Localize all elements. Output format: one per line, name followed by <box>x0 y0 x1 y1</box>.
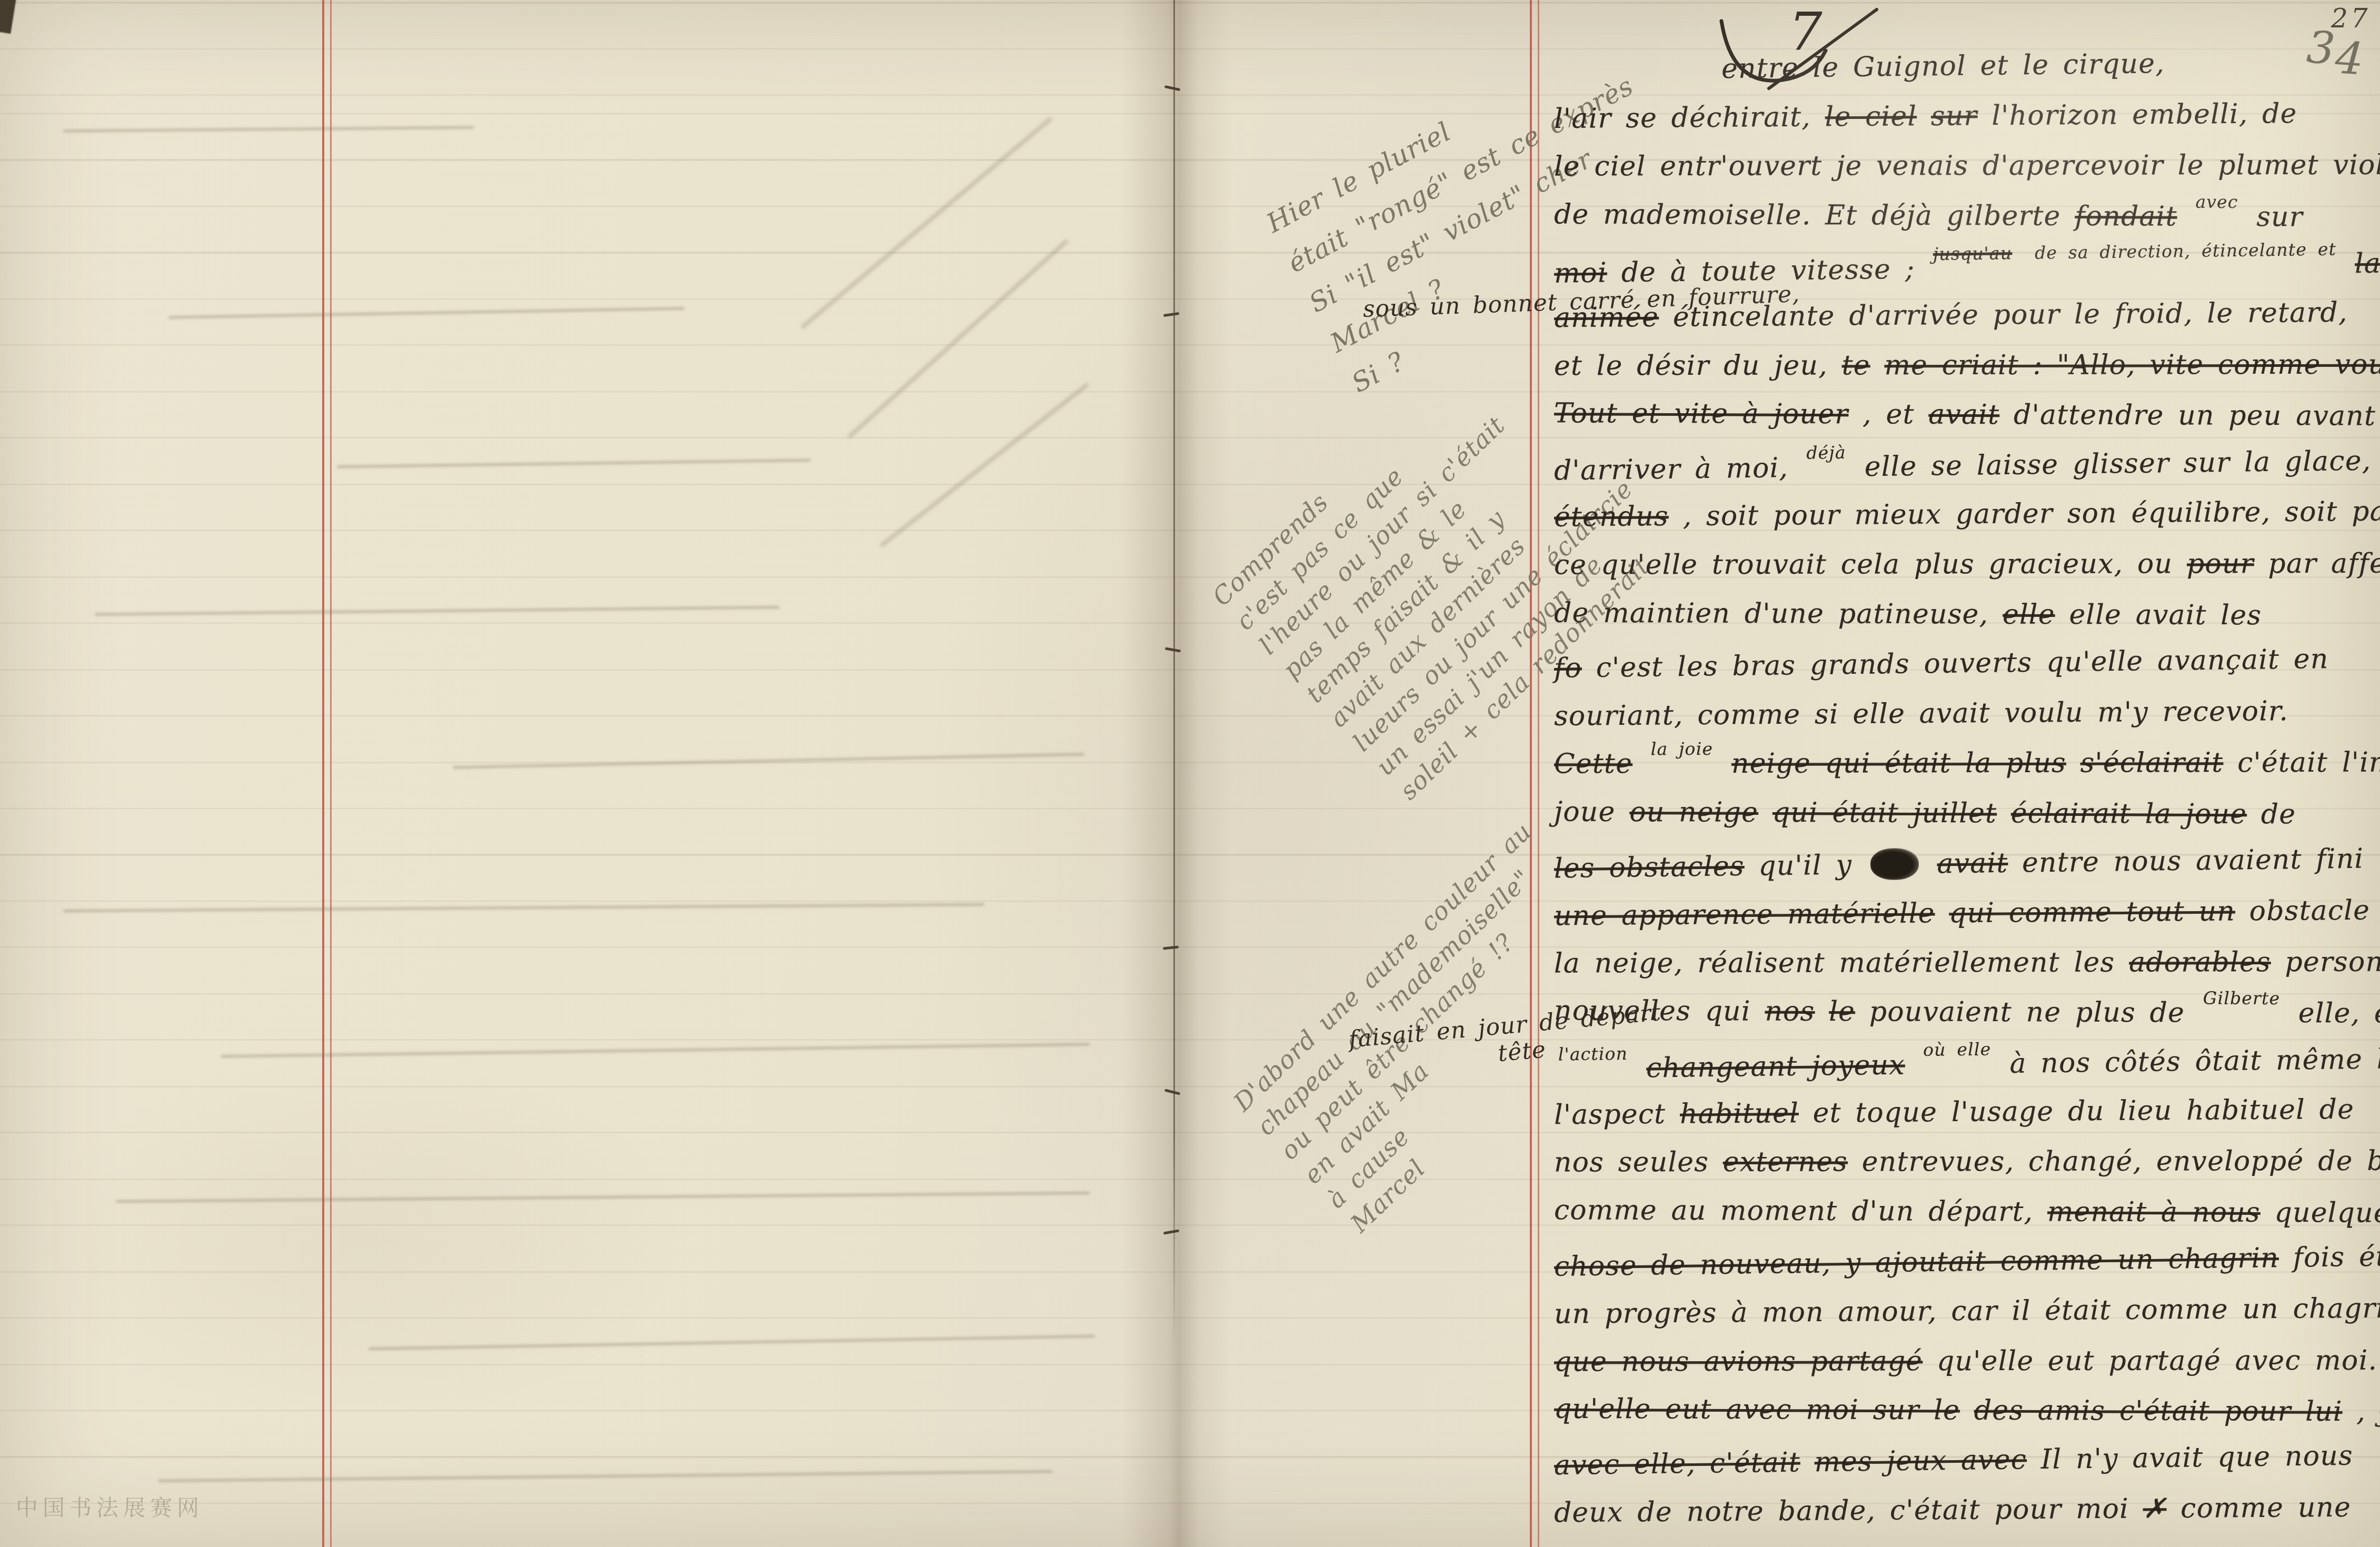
text-segment: Cette <box>1554 748 1632 780</box>
text-segment: où elle <box>1923 1039 1991 1061</box>
text-segment: ou neige <box>1629 796 1758 829</box>
manuscript-line: de maintien d'une patineuse, elle elle a… <box>1554 597 2262 631</box>
manuscript-line: le ciel entr'ouvert je venais d'apercevo… <box>1554 149 2380 183</box>
text-segment: de mademoiselle. Et déjà gilberte <box>1554 198 2075 232</box>
manuscript-line: Tout et vite à jouer , et avait d'attend… <box>1554 397 2376 432</box>
manuscript-line: entre le Guignol et le cirque, <box>1721 48 2165 85</box>
text-segment: et le désir du jeu, <box>1554 350 1842 382</box>
bleedthrough-mark <box>369 1335 1095 1350</box>
text-segment: de sa direction, étincelante et <box>2035 239 2336 263</box>
text-segment: fondait <box>2075 201 2177 233</box>
bleedthrough-smudge <box>880 383 1089 547</box>
text-segment: personnes <box>2285 946 2380 977</box>
text-segment: externes <box>1723 1146 1848 1178</box>
text-segment: que nous avions partagé <box>1554 1345 1923 1378</box>
text-segment: qu'elle eut avec moi sur le <box>1554 1393 1960 1426</box>
bleedthrough-mark <box>221 1043 1090 1057</box>
manuscript-line: que nous avions partagé qu'elle eut part… <box>1554 1344 2380 1378</box>
text-segment: qui comme tout un <box>1949 896 2235 930</box>
ink-blot <box>1870 848 1919 880</box>
text-segment: ✗ <box>2143 1493 2167 1525</box>
text-segment: elle <box>2003 598 2055 630</box>
text-segment: comme une <box>2180 1492 2351 1524</box>
text-segment: joue <box>1554 796 1629 828</box>
bleedthrough-mark <box>63 903 984 912</box>
text-segment: animée <box>1554 302 1659 334</box>
text-segment: s'éclairait <box>2080 747 2224 779</box>
manuscript-line: joue ou neige qui était juillet éclairai… <box>1554 796 2296 831</box>
text-segment: sur <box>2256 201 2303 233</box>
text-segment: avait <box>1928 399 1999 431</box>
manuscript-line: un progrès à mon amour, car il était com… <box>1554 1292 2380 1330</box>
manuscript-line: animée étincelante d'arrivée pour le fro… <box>1554 297 2348 334</box>
text-segment: éclairait la joue <box>2011 798 2247 831</box>
text-segment: l'aspect <box>1554 1098 1680 1131</box>
manuscript-line: nouvelles qui nos le pouvaient ne plus d… <box>1554 995 2380 1030</box>
text-segment: le <box>1829 996 1855 1027</box>
bleedthrough-mark <box>63 126 474 133</box>
text-segment: fois été faire <box>2293 1240 2380 1274</box>
text-segment: changeant joyeux <box>1646 1050 1905 1084</box>
text-segment: de maintien d'une patineuse, <box>1554 597 2003 630</box>
text-segment: elle se laisse glisser sur la glace, et <box>1864 444 2380 483</box>
text-segment: menait à nous <box>2047 1196 2260 1228</box>
text-segment: , <box>2356 1396 2380 1428</box>
text-segment: la neige animée <box>2355 245 2380 280</box>
text-segment: Gilberte <box>2203 988 2280 1009</box>
text-segment: comme au moment d'un départ, <box>1554 1194 2047 1227</box>
bleedthrough-smudge <box>848 239 1069 439</box>
text-segment: nos seules <box>1554 1146 1723 1179</box>
bleedthrough-mark <box>168 307 684 318</box>
text-segment: l'air se déchirait, <box>1554 101 1825 135</box>
text-segment <box>1919 1049 1919 1081</box>
bleedthrough-mark <box>95 606 779 616</box>
text-segment: entrevues, changé, enveloppé de bonheur <box>1862 1145 2380 1178</box>
text-segment: nouvelles qui <box>1554 995 1765 1027</box>
text-segment: elle, et <box>2298 998 2380 1030</box>
manuscript-line: Cette la joie neige qui était la plus s'… <box>1554 747 2380 780</box>
text-segment: et toque l'usage du lieu habituel de <box>1813 1093 2354 1129</box>
text-segment: sur <box>1931 100 1978 132</box>
manuscript-line: souriant, comme si elle avait voulu m'y … <box>1554 695 2288 732</box>
text-segment: l'action <box>1558 1043 1628 1065</box>
text-segment: avait <box>1937 847 2008 880</box>
bleedthrough-mark <box>453 753 1084 768</box>
text-segment: fo <box>1554 653 1582 685</box>
text-segment: mes jeux avec <box>1814 1444 2027 1478</box>
manuscript-line: et le désir du jeu, te me criait : "Allo… <box>1554 348 2380 382</box>
manuscript-line: étendus , soit pour mieux garder son équ… <box>1554 496 2380 533</box>
text-segment: te <box>1842 350 1870 381</box>
manuscript-line: une apparence matérielle qui comme tout … <box>1554 894 2380 932</box>
left-margin-rule-inner <box>330 0 332 1547</box>
text-segment: qu'elle eut partagé avec moi. <box>1937 1344 2380 1377</box>
text-segment: des amis c'était pour lui <box>1974 1395 2343 1428</box>
text-segment: quelque <box>2274 1197 2380 1229</box>
text-segment: nos <box>1765 996 1815 1027</box>
bleedthrough-smudge <box>800 117 1052 330</box>
text-segment: deux de notre bande, c'était pour moi <box>1554 1493 2143 1529</box>
text-segment: avec <box>2195 192 2238 212</box>
left-margin-rule-outer <box>322 0 324 1547</box>
manuscript-line: comme au moment d'un départ, menait à no… <box>1554 1194 2380 1229</box>
text-segment: , et <box>1863 399 1928 431</box>
text-segment: ce qu'elle trouvait cela plus gracieux, … <box>1554 548 2187 581</box>
text-segment: entre le Guignol et le cirque, <box>1721 48 2165 85</box>
text-segment: neige qui était la plus <box>1731 747 2066 780</box>
text-segment: la joie <box>1651 738 1713 759</box>
bleedthrough-mark <box>116 1192 1090 1203</box>
text-segment: c'était l'image <box>2237 747 2380 779</box>
manuscript-line: ce qu'elle trouvait cela plus gracieux, … <box>1554 547 2380 581</box>
manuscript-line: l'aspect habituel et toque l'usage du li… <box>1554 1093 2354 1131</box>
pencil-digit: 4 <box>2334 32 2366 85</box>
text-segment: adorables <box>2129 946 2271 978</box>
text-segment: d'arriver à moi, <box>1554 452 1803 487</box>
manuscript-line: nos seules externes entrevues, changé, e… <box>1554 1145 2380 1179</box>
text-segment: l'horizon embelli, de <box>1991 98 2297 132</box>
text-segment: de <box>2261 799 2296 830</box>
text-segment: me criait : "Allo, vite comme vous <box>1884 348 2380 381</box>
manuscript-line: de mademoiselle. Et déjà gilberte fondai… <box>1554 198 2303 233</box>
text-segment: pour <box>2187 548 2254 580</box>
left-page: 中国书法展赛网 <box>0 0 1153 1547</box>
text-segment: , soit pour mieux garder son équilibre, … <box>1682 496 2380 533</box>
text-segment: le ciel <box>1825 101 1917 133</box>
text-segment: d'attendre un peu avant <box>2014 400 2376 432</box>
text-segment: une apparence matérielle <box>1554 898 1935 932</box>
text-segment: déjà <box>1806 442 1846 463</box>
text-segment: qui était juillet <box>1772 797 1997 829</box>
text-segment: pouvaient ne plus de <box>1869 996 2199 1029</box>
bleedthrough-mark <box>337 459 811 468</box>
manuscript-line: l'air se déchirait, le ciel sur l'horizo… <box>1554 98 2297 135</box>
text-segment: Tout et vite à jouer <box>1554 397 1849 430</box>
manuscript-line: qu'elle eut avec moi sur le des amis c'é… <box>1554 1393 2380 1428</box>
manuscript-line: deux de notre bande, c'était pour moi ✗ … <box>1554 1492 2352 1529</box>
text-segment: jusqu'au <box>1933 243 2013 265</box>
text-segment: par affectation <box>2268 547 2380 580</box>
text-segment: obstacle à qui <box>2249 894 2380 927</box>
binding-thread <box>1173 0 1175 1348</box>
text-segment: avec elle, c'était <box>1554 1446 1801 1481</box>
text-segment: de à toute vitesse ; <box>1621 254 1929 289</box>
text-segment: les obstacles <box>1554 851 1745 884</box>
text-segment: étendus <box>1554 501 1669 534</box>
text-segment: habituel <box>1680 1097 1799 1130</box>
watermark: 中国书法展赛网 <box>16 1491 204 1522</box>
bleedthrough-mark <box>158 1470 1053 1482</box>
text-segment: un progrès à mon amour, car il était com… <box>1554 1292 2380 1330</box>
text-segment: la neige, réalisent matériellement les <box>1554 946 2129 979</box>
text-segment: elle avait les <box>2069 599 2262 631</box>
text-segment: souriant, comme si elle avait voulu m'y … <box>1554 695 2288 732</box>
text-segment: moi <box>1554 257 1608 290</box>
text-segment: entre nous avaient fini <box>2022 843 2364 879</box>
text-segment: Il n'y avait que nous <box>2040 1440 2353 1475</box>
text-segment: qu'il y <box>1758 849 1866 882</box>
text-segment: étincelante d'arrivée pour le froid, le … <box>1673 297 2348 333</box>
text-segment: le ciel entr'ouvert je venais d'apercevo… <box>1554 149 2380 183</box>
pencil-digit: 3 <box>2305 21 2338 75</box>
manuscript-line: la neige, réalisent matériellement les a… <box>1554 946 2380 979</box>
manuscript-scan: 中国书法展赛网 Hier le plurielétait "rongé" est… <box>0 0 2380 1547</box>
corner-artifact <box>0 0 16 34</box>
page-number-pencil: 34 <box>2305 21 2367 76</box>
